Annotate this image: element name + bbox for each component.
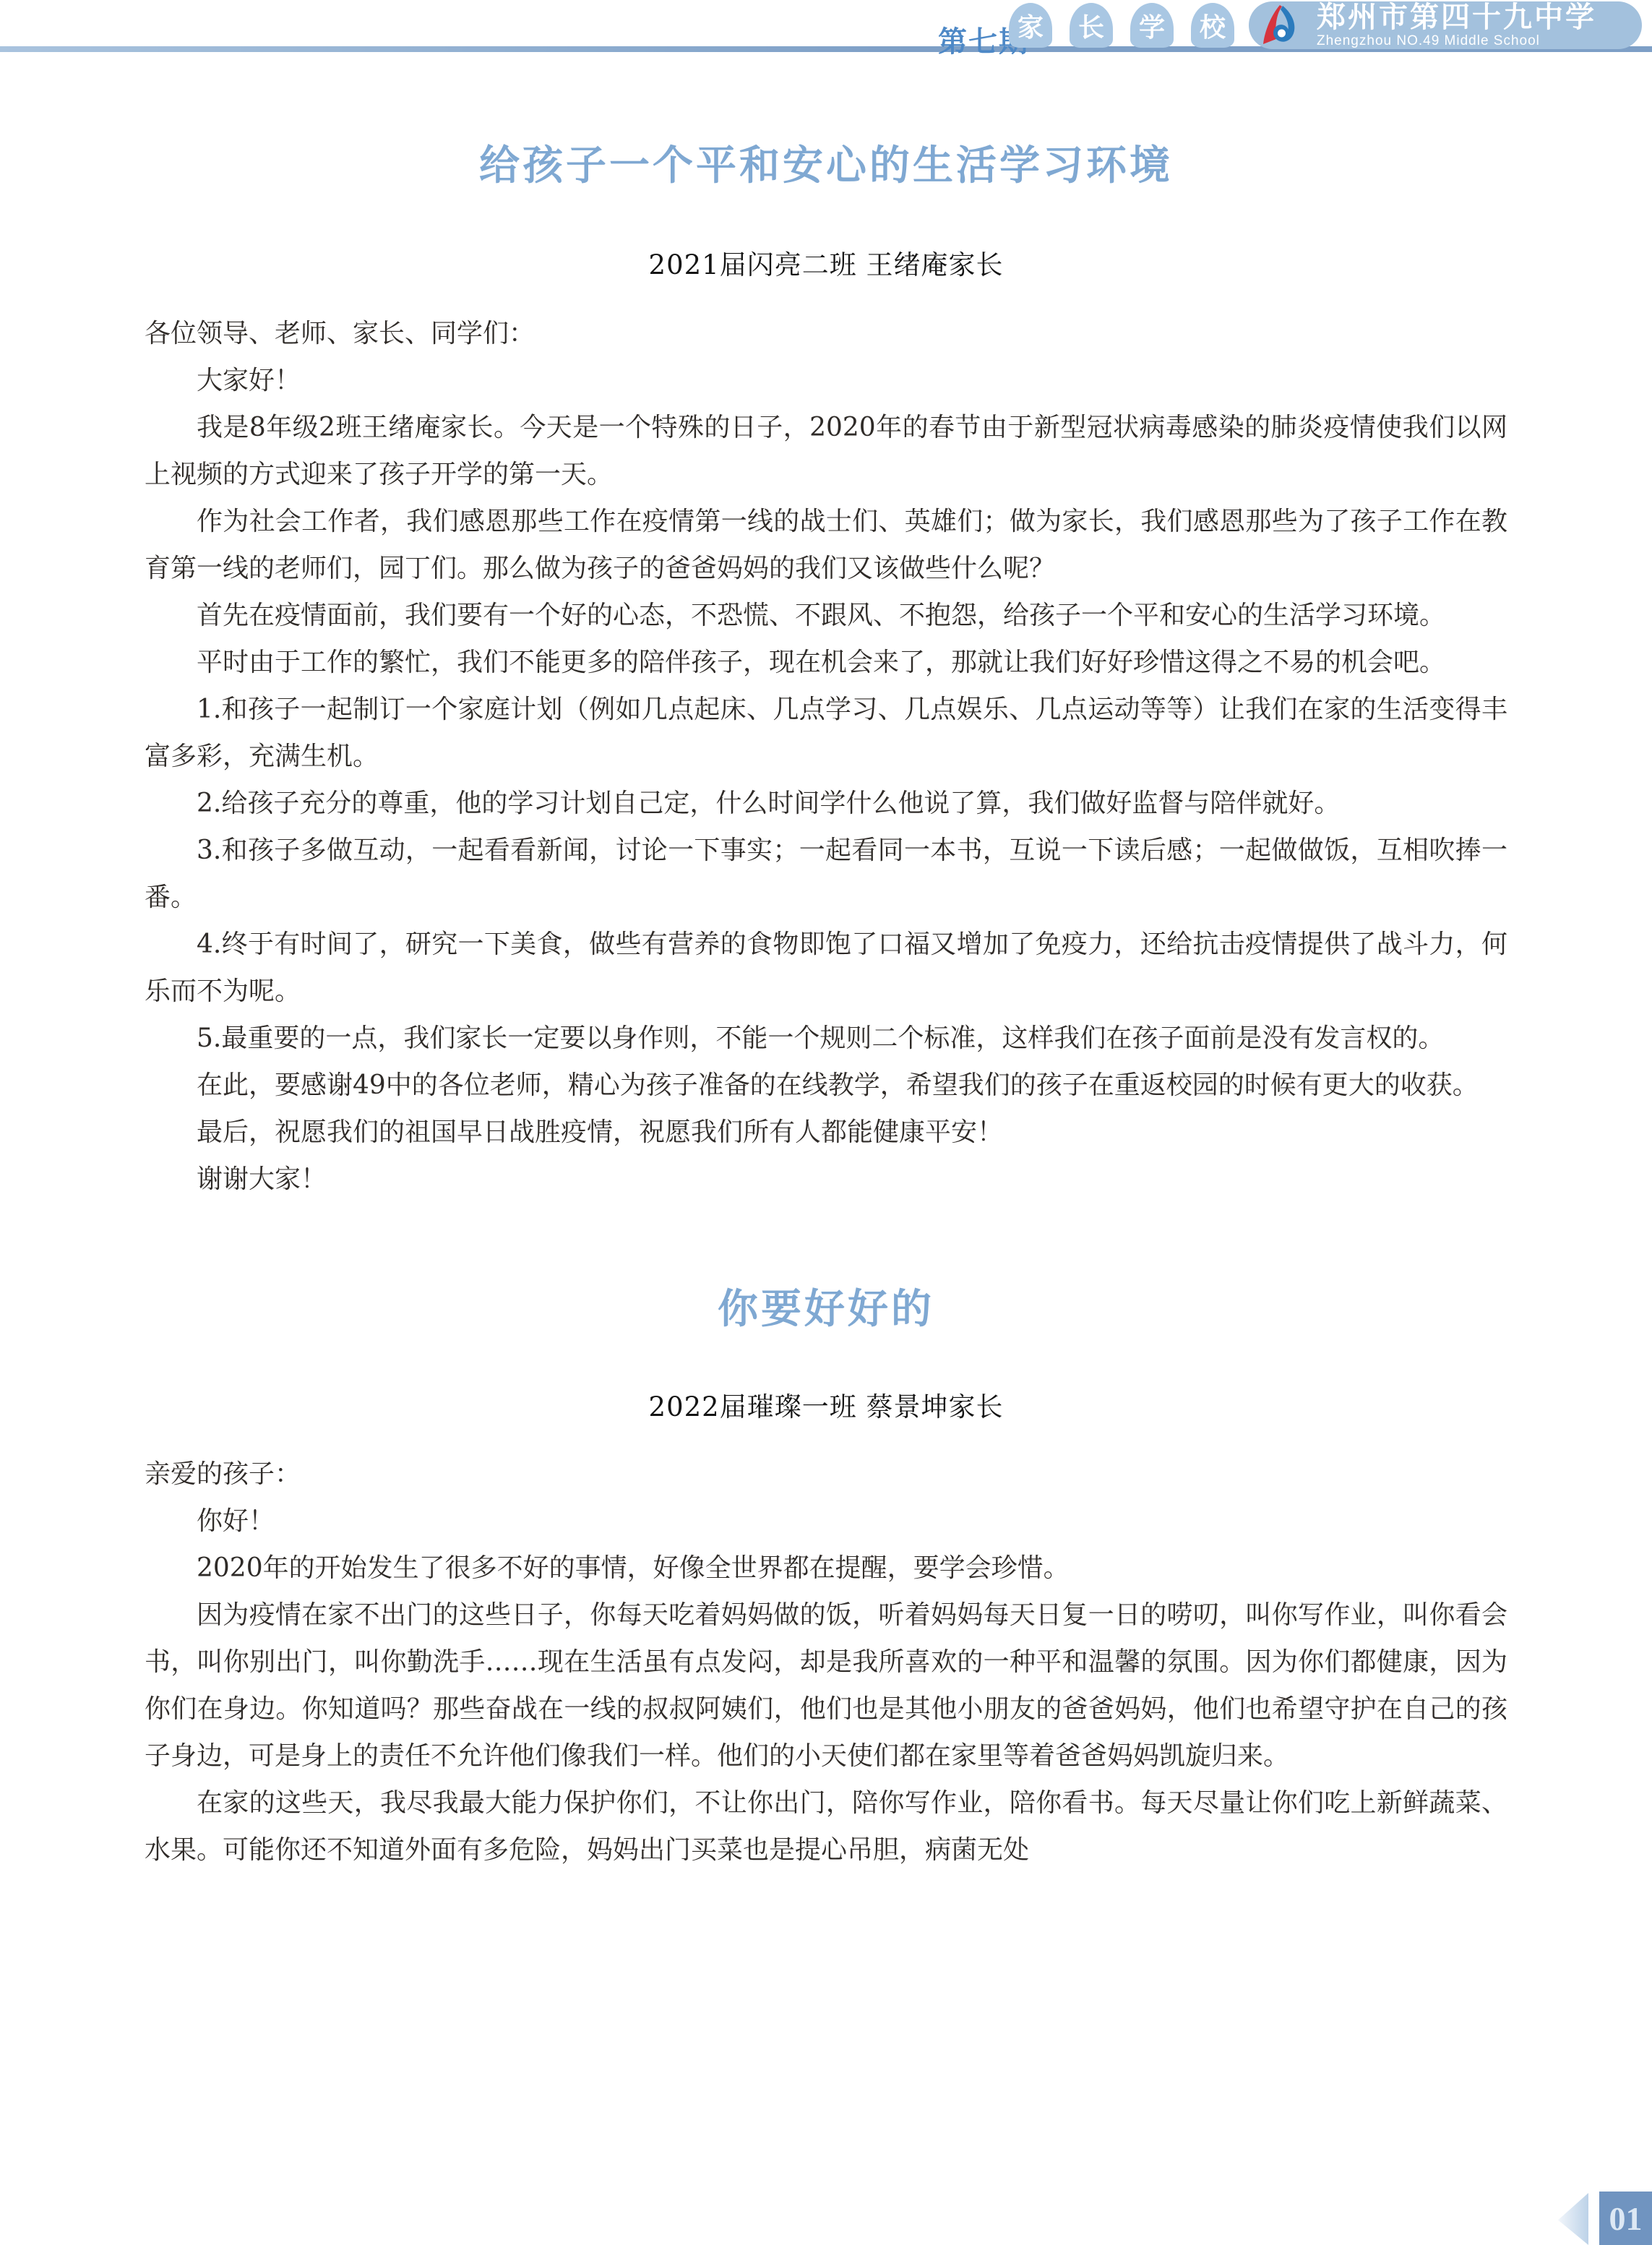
body-paragraph: 作为社会工作者，我们感恩那些工作在疫情第一线的战士们、英雄们；做为家长，我们感恩…	[145, 498, 1507, 592]
salutation: 亲爱的孩子：	[145, 1451, 1507, 1498]
badge-char: 家	[1018, 7, 1044, 44]
body-paragraph: 因为疫情在家不出门的这些日子，你每天吃着妈妈做的饭，听着妈妈每天日复一日的唠叨，…	[145, 1592, 1507, 1780]
badge-xiao: 校	[1191, 3, 1234, 48]
badge-char: 学	[1139, 7, 1165, 44]
badge-jia: 家	[1009, 3, 1052, 48]
body-paragraph: 首先在疫情面前，我们要有一个好的心态，不恐慌、不跟风、不抱怨，给孩子一个平和安心…	[145, 592, 1507, 639]
article-title: 你要好好的	[0, 1289, 1652, 1330]
school-names: 郑州市第四十九中学 Zhengzhou NO.49 Middle School	[1317, 3, 1596, 48]
article-ni-yao-hao-hao-de: 你要好好的 2022届璀璨一班 蔡景坤家长 亲爱的孩子： 你好！ 2020年的开…	[0, 1289, 1652, 1873]
article-title: 给孩子一个平和安心的生活学习环境	[0, 146, 1652, 186]
badge-char: 长	[1078, 7, 1104, 44]
page-number: 01	[1609, 2199, 1643, 2238]
body-paragraph: 2020年的开始发生了很多不好的事情，好像全世界都在提醒，要学会珍惜。	[145, 1545, 1507, 1592]
article-byline: 2022届璀璨一班 蔡景坤家长	[0, 1394, 1652, 1420]
body-paragraph: 1.和孩子一起制订一个家庭计划（例如几点起床、几点学习、几点娱乐、几点运动等等）…	[145, 686, 1507, 780]
page-number-badge: 01	[1599, 2192, 1652, 2245]
badge-xue: 学	[1130, 3, 1174, 48]
school-name-cn: 郑州市第四十九中学	[1317, 3, 1596, 32]
body-paragraph: 你好！	[145, 1498, 1507, 1545]
newsletter-page: 第七期 家 长 学 校 郑州市第四十九中学 Zhengzhou	[0, 0, 1652, 2245]
article-body: 亲爱的孩子： 你好！ 2020年的开始发生了很多不好的事情，好像全世界都在提醒，…	[145, 1451, 1507, 1873]
body-paragraph: 5.最重要的一点，我们家长一定要以身作则，不能一个规则二个标准，这样我们在孩子面…	[145, 1015, 1507, 1062]
school-name-en: Zhengzhou NO.49 Middle School	[1317, 34, 1596, 48]
article-peaceful-environment: 给孩子一个平和安心的生活学习环境 2021届闪亮二班 王绪庵家长 各位领导、老师…	[0, 146, 1652, 1203]
body-paragraph: 在家的这些天，我尽我最大能力保护你们，不让你出门，陪你写作业，陪你看书。每天尽量…	[145, 1780, 1507, 1873]
article-body: 各位领导、老师、家长、同学们： 大家好！ 我是8年级2班王绪庵家长。今天是一个特…	[145, 310, 1507, 1203]
badge-char: 校	[1200, 7, 1226, 44]
body-paragraph: 平时由于工作的繁忙，我们不能更多的陪伴孩子，现在机会来了，那就让我们好好珍惜这得…	[145, 639, 1507, 686]
footer-arrow-icon	[1558, 2193, 1588, 2245]
parent-school-badges: 家 长 学 校	[1009, 3, 1234, 48]
page-content: 给孩子一个平和安心的生活学习环境 2021届闪亮二班 王绪庵家长 各位领导、老师…	[0, 52, 1652, 1873]
body-paragraph: 谢谢大家！	[145, 1156, 1507, 1203]
article-byline: 2021届闪亮二班 王绪庵家长	[0, 252, 1652, 278]
body-paragraph: 2.给孩子充分的尊重，他的学习计划自己定，什么时间学什么他说了算，我们做好监督与…	[145, 780, 1507, 827]
badge-zhang: 长	[1070, 3, 1113, 48]
body-paragraph: 大家好！	[145, 357, 1507, 404]
school-logo-icon	[1260, 4, 1308, 47]
body-paragraph: 4.终于有时间了，研究一下美食，做些有营养的食物即饱了口福又增加了免疫力，还给抗…	[145, 921, 1507, 1015]
school-banner: 郑州市第四十九中学 Zhengzhou NO.49 Middle School	[1249, 1, 1642, 49]
body-paragraph: 3.和孩子多做互动，一起看看新闻，讨论一下事实；一起看同一本书，互说一下读后感；…	[145, 827, 1507, 921]
salutation: 各位领导、老师、家长、同学们：	[145, 310, 1507, 357]
body-paragraph: 在此，要感谢49中的各位老师，精心为孩子准备的在线教学，希望我们的孩子在重返校园…	[145, 1062, 1507, 1109]
body-paragraph: 我是8年级2班王绪庵家长。今天是一个特殊的日子，2020年的春节由于新型冠状病毒…	[145, 404, 1507, 498]
body-paragraph: 最后，祝愿我们的祖国早日战胜疫情，祝愿我们所有人都能健康平安！	[145, 1109, 1507, 1156]
